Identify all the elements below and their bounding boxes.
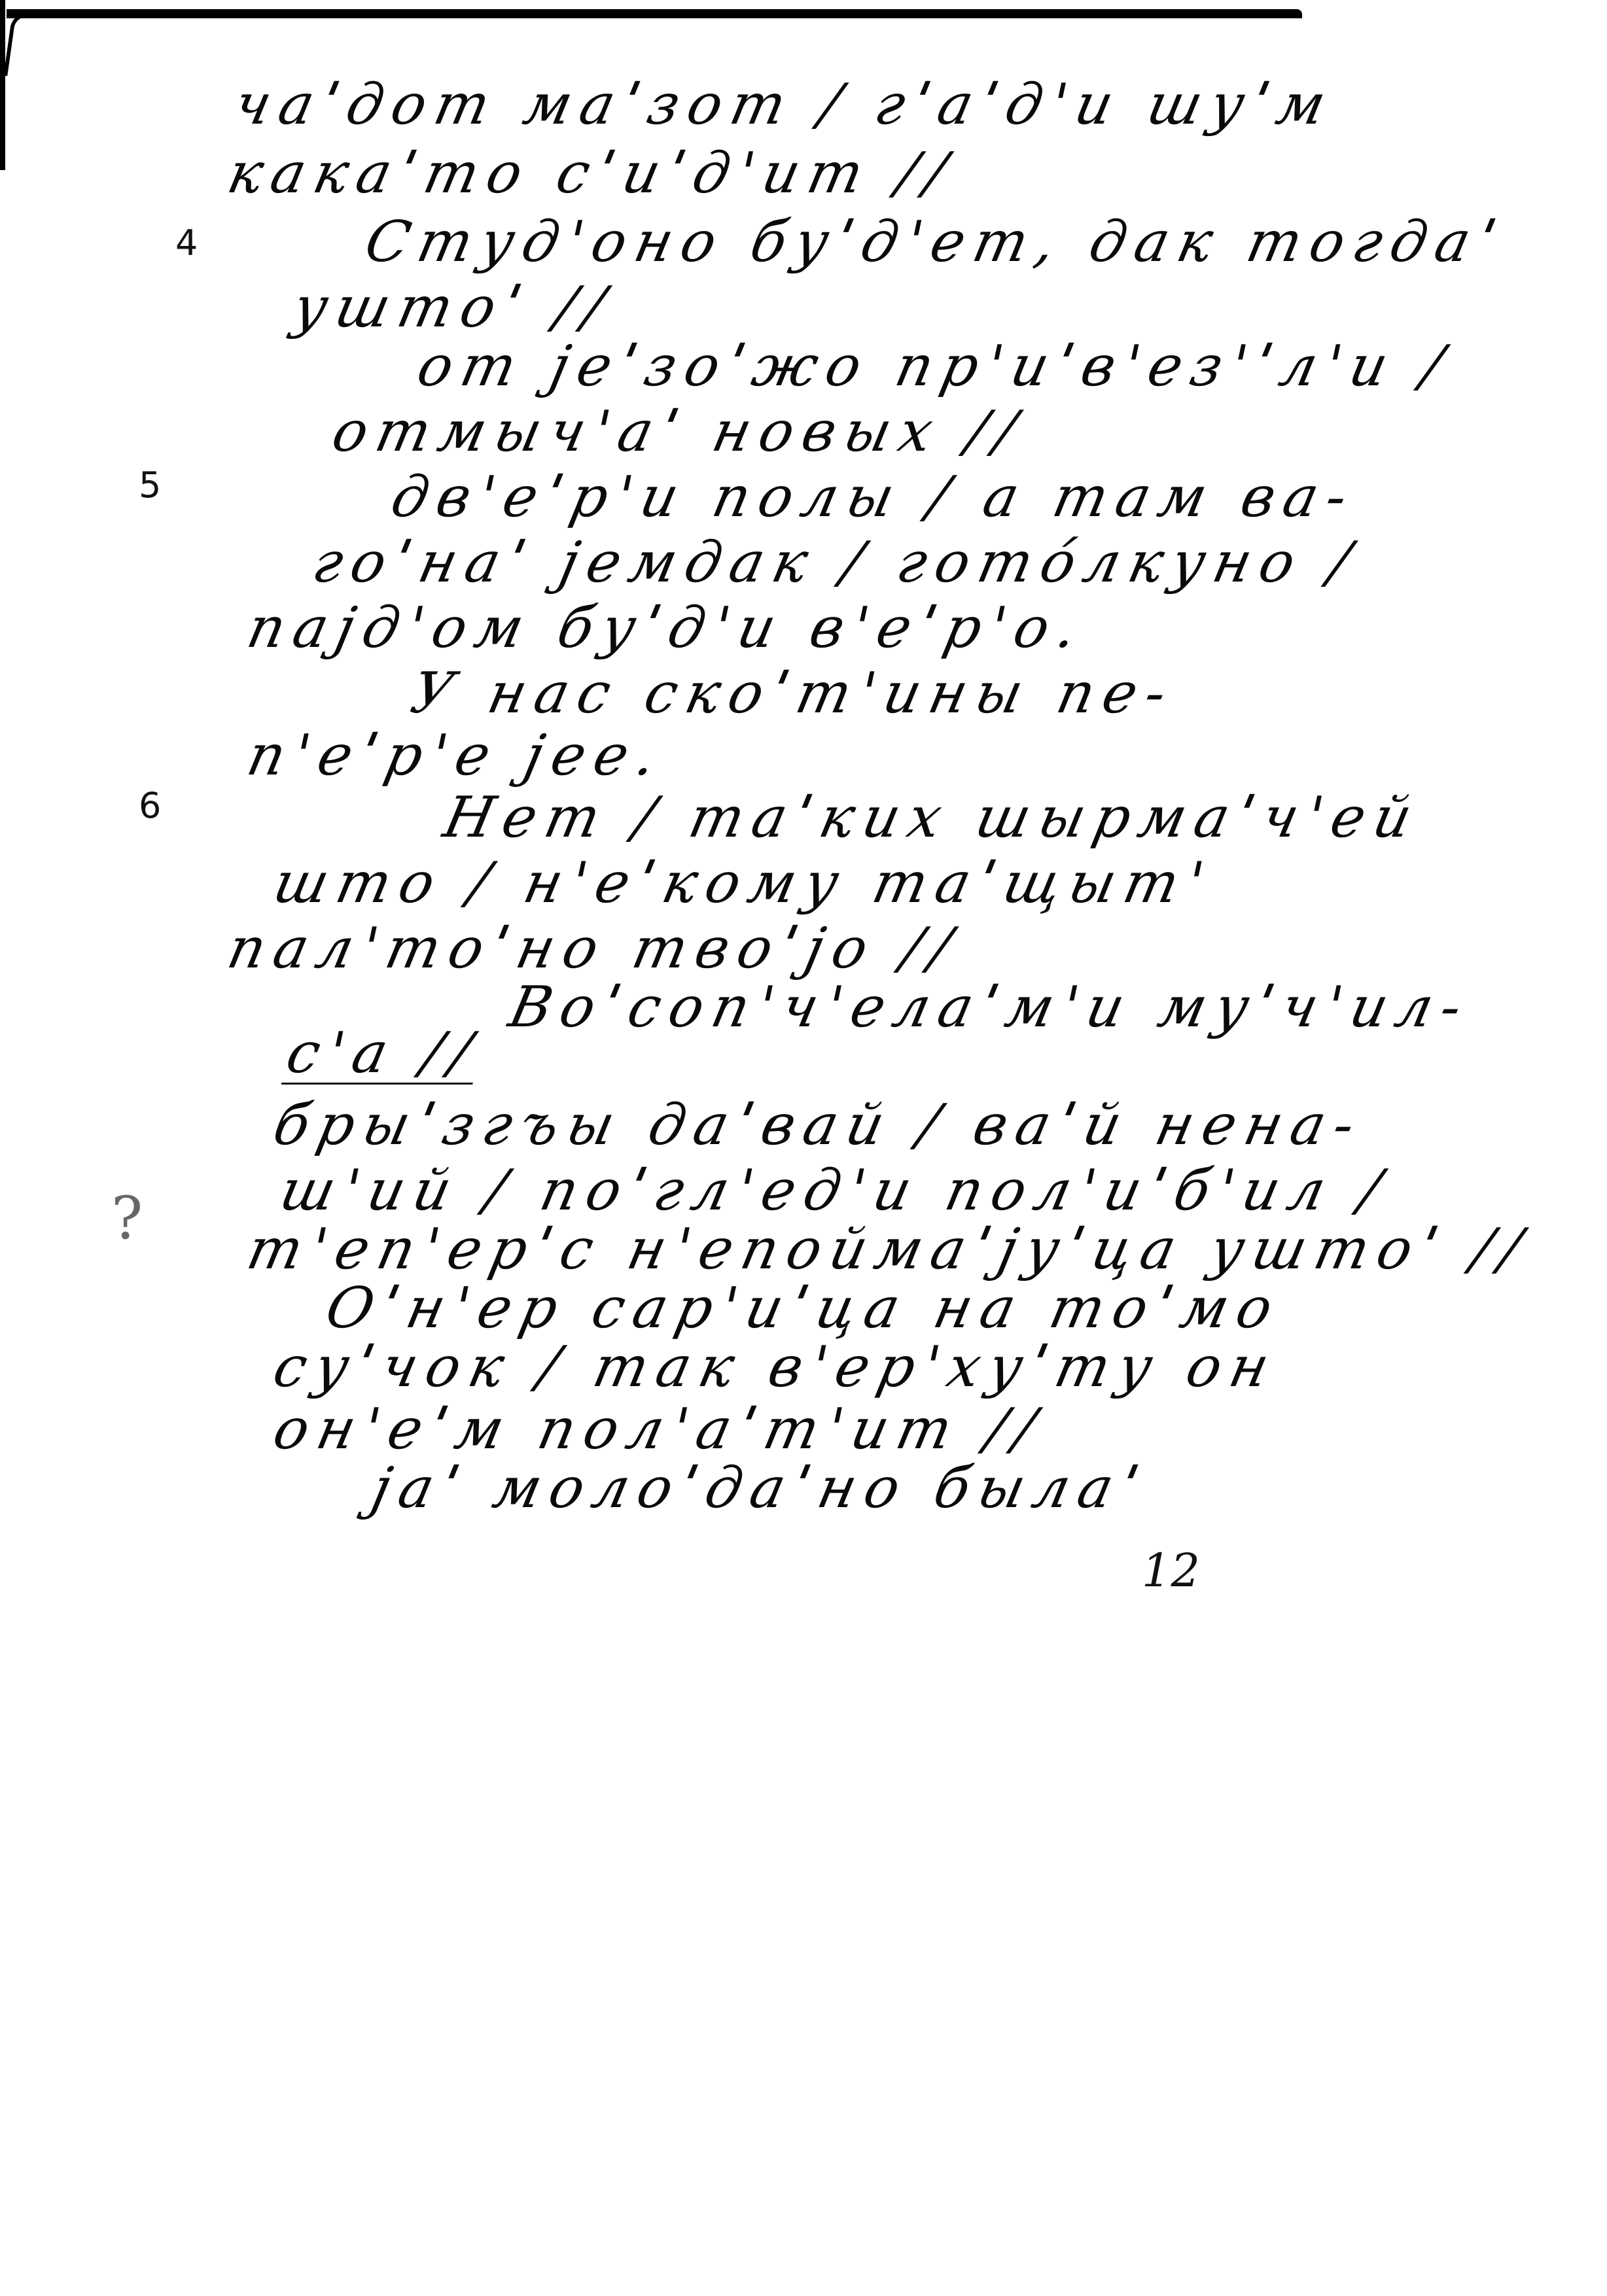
text-line-23: јаˈ молоˈдаˈно былаˈ xyxy=(366,1455,1153,1521)
text-line-11: п'еˈр'е јее. xyxy=(241,723,671,788)
text-line-13: што / н'еˈкому таˈщыт' xyxy=(268,850,1218,916)
text-line-19: т'еп'ерˈс н'епоймаˈјуˈца уштоˈ // xyxy=(241,1217,1536,1282)
text-line-9: пајд'ом буˈд'и в'еˈр'о. xyxy=(241,595,1091,661)
scan-edge-top xyxy=(7,9,1302,18)
text-line-10: У нас скоˈт'ины пе- xyxy=(405,661,1181,726)
scanned-page: 4 5 6 ? чаˈдот маˈзот / гˈаˈд'и шуˈм как… xyxy=(0,0,1607,2296)
text-line-7: дв'еˈр'и полы / а там ва- xyxy=(385,464,1362,530)
text-line-8: гоˈнаˈ јемдак / гото́лкуно / xyxy=(307,530,1365,595)
text-line-18: ш'ий / поˈгл'ед'и пол'иˈб'ил / xyxy=(274,1158,1396,1223)
text-line-6: отмыч'аˈ новых // xyxy=(327,399,1031,464)
text-line-16: с'а // xyxy=(281,1020,486,1086)
scan-corner-curl xyxy=(3,13,42,76)
text-line-1: чаˈдот маˈзот / гˈаˈд'и шуˈм xyxy=(228,72,1340,137)
text-line-4: уштоˈ // xyxy=(287,275,619,340)
text-line-12: Нет / таˈких шырмаˈч'ей xyxy=(438,785,1426,850)
text-line-21: суˈчок / так в'ер'хуˈту он xyxy=(268,1334,1284,1400)
margin-number-6: 6 xyxy=(139,785,161,826)
scan-edge-left xyxy=(0,0,5,170)
margin-question-mark: ? xyxy=(111,1184,143,1253)
text-line-22: он'еˈм пол'аˈт'ит // xyxy=(268,1397,1050,1462)
text-line-5: от јеˈзоˈжо пр'иˈв'ез'ˈл'и / xyxy=(412,334,1458,399)
text-line-2: какаˈто сˈиˈд'ит // xyxy=(222,141,961,206)
text-line-15: Воˈсоп'ч'елаˈм'и муˈч'ил- xyxy=(503,975,1476,1040)
text-line-20: Оˈн'ер сар'иˈца на тоˈмо xyxy=(320,1276,1287,1341)
margin-number-5: 5 xyxy=(139,464,161,506)
text-line-3: Студ'оно буˈд'ет, дак тогдаˈ xyxy=(359,209,1510,275)
margin-number-4: 4 xyxy=(175,222,198,264)
text-line-14: пал'тоˈно твоˈјо // xyxy=(222,916,966,981)
page-number: 12 xyxy=(1142,1544,1200,1597)
text-line-17: брыˈзгъы даˈвай / ваˈй нена- xyxy=(268,1092,1369,1158)
